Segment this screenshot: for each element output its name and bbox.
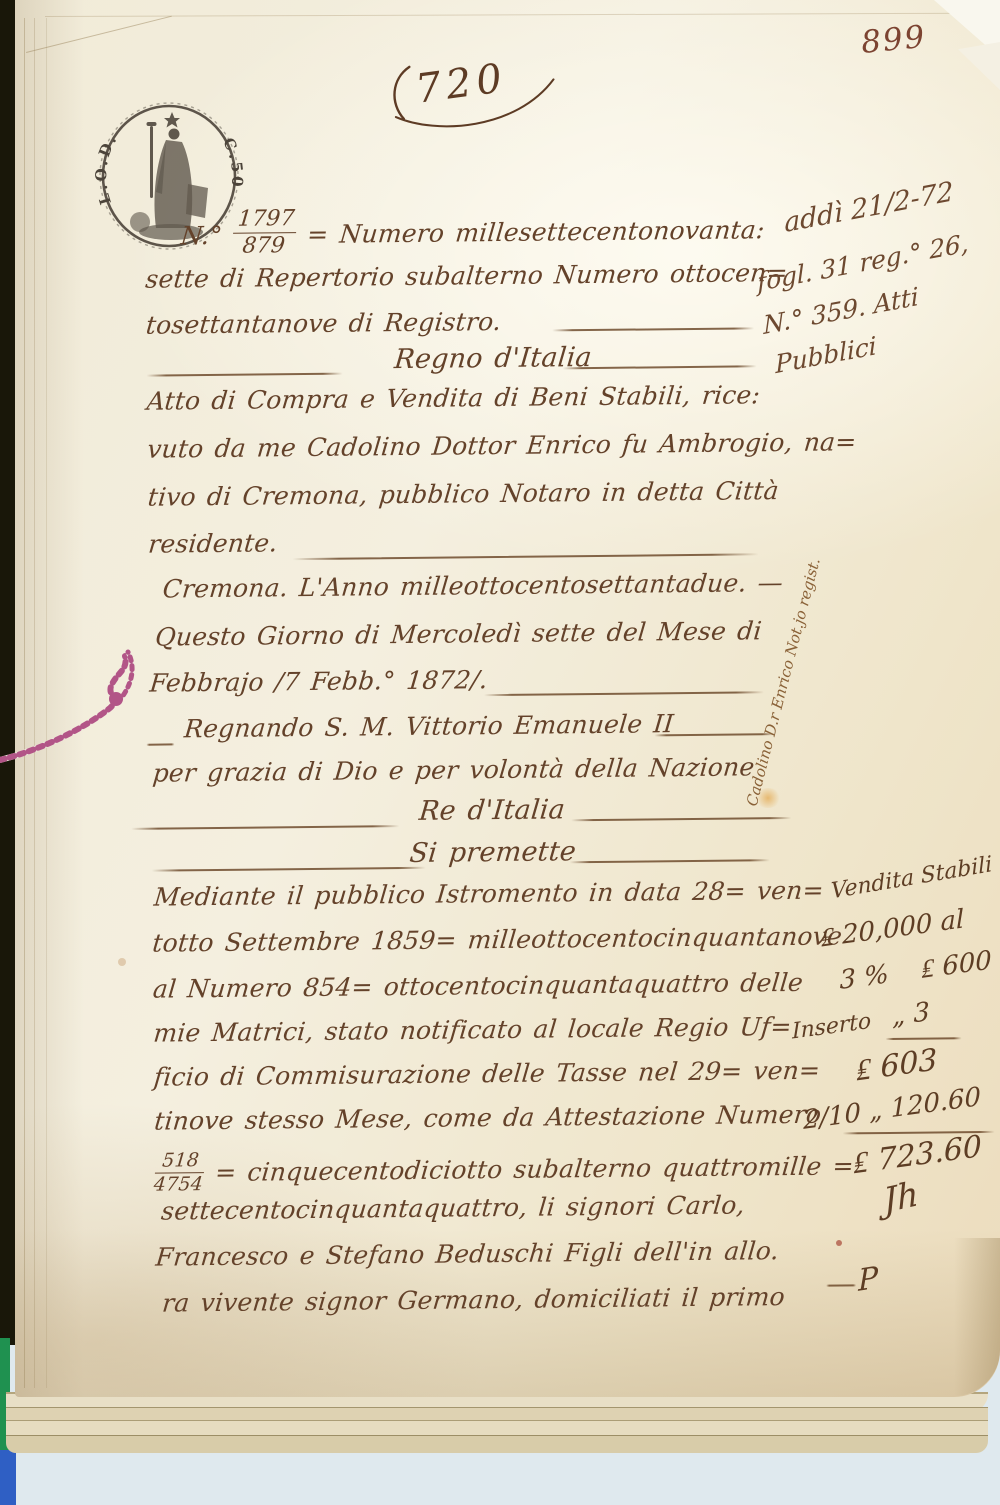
act-intro-line: residente. [147,529,279,558]
body-line: Francesco e Stefano Beduschi Figli dell'… [155,1237,781,1271]
margin-calc-label: Vendita Stabili [830,852,993,904]
margin-note-foglio: fogl. 31 reg.° 26, [757,228,970,297]
registro-number: 879 [231,233,296,258]
registrar-initial: P [858,1260,878,1298]
regnando-line: Regnando S. M. Vittorio Emanuele II [183,710,675,743]
filler-rule [654,733,774,736]
body-line: al Numero 854= ottocentocinquantaquattro… [152,969,805,1003]
body-line: mie Matrici, stato notificato al locale … [152,1013,793,1047]
act-intro-line: tivo di Cremona, pubblico Notaro in dett… [147,477,780,511]
margin-calc-tax: ₤ 600 [921,945,992,985]
filler-rule [570,859,770,863]
registration-line-2: sette di Repertorio subalterno Numero ot… [144,259,789,293]
filler-rule [152,867,426,872]
bundle-number-flourish: 720 [365,49,576,131]
act-intro-line: Atto di Compra e Vendita di Beni Stabili… [146,381,762,415]
filler-rule [571,817,791,821]
registrar-monogram: Jh [882,1174,920,1222]
filler-rule [131,825,399,830]
margin-calc-rate: 3 % [839,959,889,996]
act-date-line: Cremona. L'Anno milleottocentosettantadu… [162,569,785,603]
margin-calc-total: ₤ 723.60 [853,1129,982,1181]
folio-number: 899 [860,19,928,61]
margin-note-date: addì 21/2-72 [784,176,954,239]
margin-calc-amount: ₤ 20,000 al [821,904,965,953]
attestazione-den: 4754 [153,1173,204,1195]
body-text: = cinquecentodiciotto subalterno quattro… [214,1151,855,1187]
heading-si-premette: Si premette [408,837,577,868]
heading-regno-ditalia: Regno d'Italia [393,343,593,375]
repertorio-registro-fraction: 1797 879 [231,208,298,258]
body-line: Mediante il pubblico Istromento in data … [153,877,825,912]
body-line: totto Settembre 1859= milleottocentocinq… [151,922,843,957]
attestazione-fraction: 518 4754 [153,1151,206,1195]
heading-re-ditalia: Re d'Italia [418,795,567,826]
margin-calc-extra-label: Inserto [792,1009,872,1045]
registration-line-1: N.° 1797 879 = Numero millesettecentonov… [179,203,767,258]
body-line: tinove stesso Mese, come da Attestazione… [153,1101,822,1136]
filler-rule [293,553,759,560]
regnando-line: per grazia di Dio e per volontà della Na… [151,753,755,787]
numero-label: N.° [180,221,224,250]
body-line: ra vivente signor Germano, domiciliati i… [161,1283,786,1317]
margin-calc-rate-tax: 3 % ₤ 600 [839,945,992,995]
filler-rule [147,373,343,377]
bundle-number: 720 [413,55,510,113]
margin-calc-subtotal: ₤ 603 [856,1042,938,1088]
margin-calc-extra-value: „ 3 [891,997,930,1032]
margin-calc-decimi: 2/10 „ 120.60 [803,1082,982,1136]
filler-rule [484,691,764,696]
calc-underline [886,1037,962,1040]
registration-text: = Numero millesettecentonovanta: [306,215,766,249]
repertorio-number: 1797 [234,208,299,234]
scanned-notarial-act: L.O.D.D. C.50 720 899 N.° 1797 879 [0,0,1000,1505]
act-date-line: Questo Giorno di Mercoledì sette del Mes… [154,617,763,651]
act-date-line: Febbrajo /7 Febb.° 1872/. [149,666,489,697]
act-intro-line: vuto da me Cadolino Dottor Enrico fu Amb… [146,428,858,463]
filler-rule [552,327,754,331]
filler-rule [146,743,174,745]
filler-rule [563,365,757,369]
body-line: settecentocinquantaquattro, li signori C… [160,1191,746,1225]
initial-dash [826,1284,856,1286]
attestazione-num: 518 [155,1151,206,1174]
body-line-with-fraction: 518 4754 = cinquecentodiciotto subaltern… [153,1144,856,1194]
body-line: ficio di Commisurazione delle Tasse nel … [153,1057,822,1092]
margin-note-pubblici: Pubblici [775,331,877,379]
registration-line-3: tosettantanove di Registro. [145,308,503,339]
